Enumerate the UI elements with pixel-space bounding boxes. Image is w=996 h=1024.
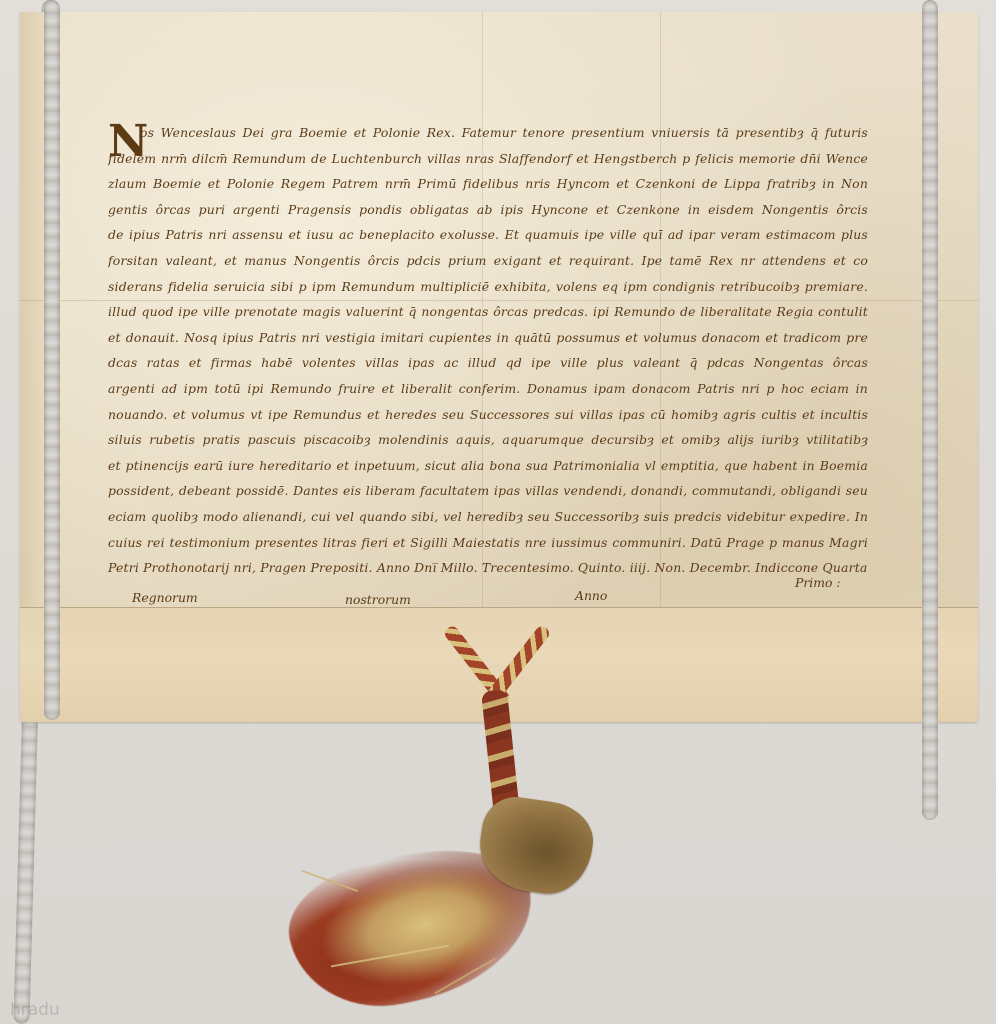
regnal-word-primo: Primo :	[795, 575, 841, 590]
text-line: nouando. et volumus vt ipe Remundus et h…	[108, 402, 868, 428]
text-line: forsitan valeant, et manus Nongentis ôrc…	[108, 248, 868, 274]
text-line: siderans fidelia seruicia sibi p ipm Rem…	[108, 274, 868, 300]
text-line: Petri Prothonotarij nri, Pragen Preposit…	[108, 555, 868, 581]
right-rope	[922, 0, 938, 820]
text-line: de ipius Patris nri assensu et iusu ac b…	[108, 222, 868, 248]
text-line: zlaum Boemie et Polonie Regem Patrem nrm…	[108, 171, 868, 197]
charter-text: N os Wenceslaus Dei gra Boemie et Poloni…	[108, 120, 868, 581]
text-line: gentis ôrcas puri argenti Pragensis pond…	[108, 197, 868, 223]
text-line: os Wenceslaus Dei gra Boemie et Polonie …	[108, 120, 868, 146]
text-line: et donauit. Nosq ipius Patris nri vestig…	[108, 325, 868, 351]
text-line: possident, debeant possidē. Dantes eis l…	[108, 478, 868, 504]
text-line: fidelem nrm̄ dilcm̄ Remundum de Luchtenb…	[108, 146, 868, 172]
text-line: et ptinencijs earū iure hereditario et i…	[108, 453, 868, 479]
left-rope-overlay	[44, 0, 60, 720]
regnal-word-left: Regnorum	[132, 590, 198, 605]
text-line: dcas ratas et firmas habē volentes villa…	[108, 350, 868, 376]
text-line: cuius rei testimonium presentes litras f…	[108, 530, 868, 556]
decorated-initial: N	[108, 122, 148, 162]
text-line: argenti ad ipm totū ipi Remundo fruire e…	[108, 376, 868, 402]
text-line: siluis rubetis pratis pascuis piscacoibȝ…	[108, 427, 868, 453]
regnal-word-anno: Anno	[575, 588, 607, 603]
regnal-word-middle: nostrorum	[345, 592, 411, 607]
text-line: illud quod ipe ville prenotate magis val…	[108, 299, 868, 325]
text-line: eciam quolibȝ modo alienandi, cui vel qu…	[108, 504, 868, 530]
watermark: hradu	[10, 1000, 60, 1020]
